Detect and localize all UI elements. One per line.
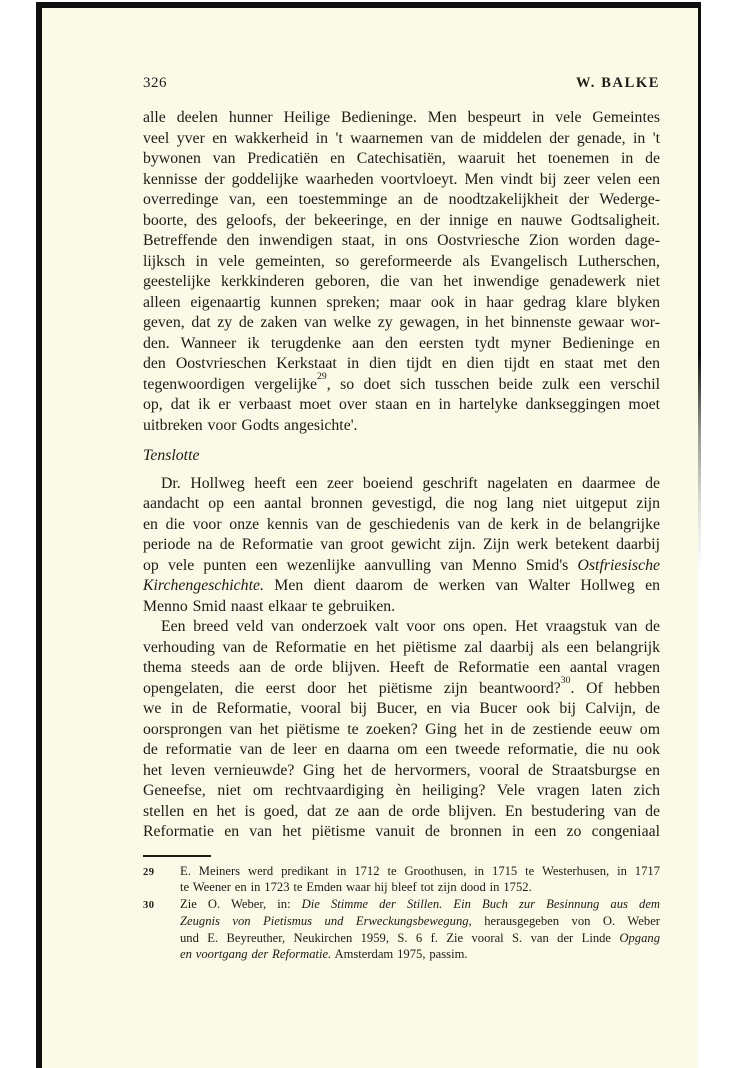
text-line: boorte, des geloofs, der bekeeringe, en … xyxy=(143,211,660,232)
text-line: Zie O. Weber, in: Die Stimme der Stillen… xyxy=(180,896,660,913)
text-line: het leven vernieuwde? Ging het de hervor… xyxy=(143,761,660,782)
page-content: 326 W. BALKE alle deelen hunner Heilige … xyxy=(143,8,660,963)
text-line: E. Meiners werd predikant in 1712 te Gro… xyxy=(180,863,660,880)
text-line: Betreffende den inwendigen staat, in ons… xyxy=(143,231,660,252)
page-number: 326 xyxy=(143,75,167,92)
text-line: stellen en het is goed, dat ze aan de or… xyxy=(143,802,660,823)
text-line: alle deelen hunner Heilige Bedieninge. M… xyxy=(143,108,660,129)
footnote-30: 30 Zie O. Weber, in: Die Stimme der Stil… xyxy=(143,896,660,963)
text-line: te Weener en in 1723 te Emden waar hij b… xyxy=(180,879,660,896)
text-line: thema steeds aan de orde blijven. Heeft … xyxy=(143,658,660,679)
book-page: 326 W. BALKE alle deelen hunner Heilige … xyxy=(42,8,698,1068)
text-line: veel yver en wakkerheid in 't waarnemen … xyxy=(143,129,660,150)
footnote-number: 29 xyxy=(143,863,180,897)
footnote-separator-rule xyxy=(143,855,211,857)
text-line: en voortgang der Reformatie. Amsterdam 1… xyxy=(180,946,660,963)
footnote-text: E. Meiners werd predikant in 1712 te Gro… xyxy=(180,863,660,897)
text-line: geestelijke kerkkinderen geboren, die va… xyxy=(143,272,660,293)
text-line: we in de Reformatie, vooral bij Bucer, e… xyxy=(143,699,660,720)
text-line: verhouding van de Reformatie en het piët… xyxy=(143,638,660,659)
text-line: Menno Smid naast elkaar te gebruiken. xyxy=(143,597,660,618)
section-heading: Tenslotte xyxy=(143,446,660,467)
text-line: Een breed veld van onderzoek valt voor o… xyxy=(143,617,660,638)
text-line: Zeugnis von Pietismus und Erweckungsbewe… xyxy=(180,913,660,930)
text-line: opengelaten, die eerst door het piëtisme… xyxy=(143,679,660,700)
text-line: op, dat ik er verbaast moet over staan e… xyxy=(143,395,660,416)
text-line: periode na de Reformatie van groot gewic… xyxy=(143,535,660,556)
text-line: den. Wanneer ik terugdenke aan den eerst… xyxy=(143,334,660,355)
paragraph-conclusion-1: Dr. Hollweg heeft een zeer boeiend gesch… xyxy=(143,474,660,618)
text-line: den Oostvrieschen Kerkstaat in dien tijd… xyxy=(143,354,660,375)
text-line: aandacht op een aantal bronnen gevestigd… xyxy=(143,494,660,515)
scanned-page-background: { "colors": { "paper": "#fafae6", "ink":… xyxy=(0,0,738,1068)
footnote-number: 30 xyxy=(143,896,180,963)
text-line: bywonen van Predicatiën en Catechisatiën… xyxy=(143,149,660,170)
text-line: alleen eigenaartig kunnen spreken; maar … xyxy=(143,293,660,314)
text-line: uitbreken voor Godts angesichte'. xyxy=(143,416,660,437)
text-line: de reformatie van de leer en daarna om e… xyxy=(143,740,660,761)
running-header: 326 W. BALKE xyxy=(143,75,660,95)
text-line: en die voor onze kennis van de geschiede… xyxy=(143,515,660,536)
text-line: oorsprongen van het piëtisme te zoeken? … xyxy=(143,720,660,741)
text-line: geven, dat zy de zaken van welke zy gewa… xyxy=(143,313,660,334)
footnote-29: 29 E. Meiners werd predikant in 1712 te … xyxy=(143,863,660,897)
text-line: lijksch in vele gemeinten, so gereformee… xyxy=(143,252,660,273)
paragraph-quotation: alle deelen hunner Heilige Bedieninge. M… xyxy=(143,108,660,436)
text-line: Kirchengeschichte. Men dient daarom de w… xyxy=(143,576,660,597)
text-line: Dr. Hollweg heeft een zeer boeiend gesch… xyxy=(143,474,660,495)
running-header-author: W. BALKE xyxy=(576,75,660,92)
footnote-text: Zie O. Weber, in: Die Stimme der Stillen… xyxy=(180,896,660,963)
text-line: und E. Beyreuther, Neukirchen 1959, S. 6… xyxy=(180,930,660,947)
footnotes-block: 29 E. Meiners werd predikant in 1712 te … xyxy=(143,863,660,964)
text-line: overredinge van, een toestemminge an de … xyxy=(143,190,660,211)
text-line: Reformatie en van het piëtisme vanuit de… xyxy=(143,822,660,843)
text-line: kennisse der goddelijke waarheden voortv… xyxy=(143,170,660,191)
text-line: Geneefse, niet om rechtvaardiging èn hei… xyxy=(143,781,660,802)
paragraph-conclusion-2: Een breed veld van onderzoek valt voor o… xyxy=(143,617,660,843)
text-line: tegenwoordigen vergelijke29, so doet sic… xyxy=(143,375,660,396)
text-line: op vele punten een wezenlijke aanvulling… xyxy=(143,556,660,577)
